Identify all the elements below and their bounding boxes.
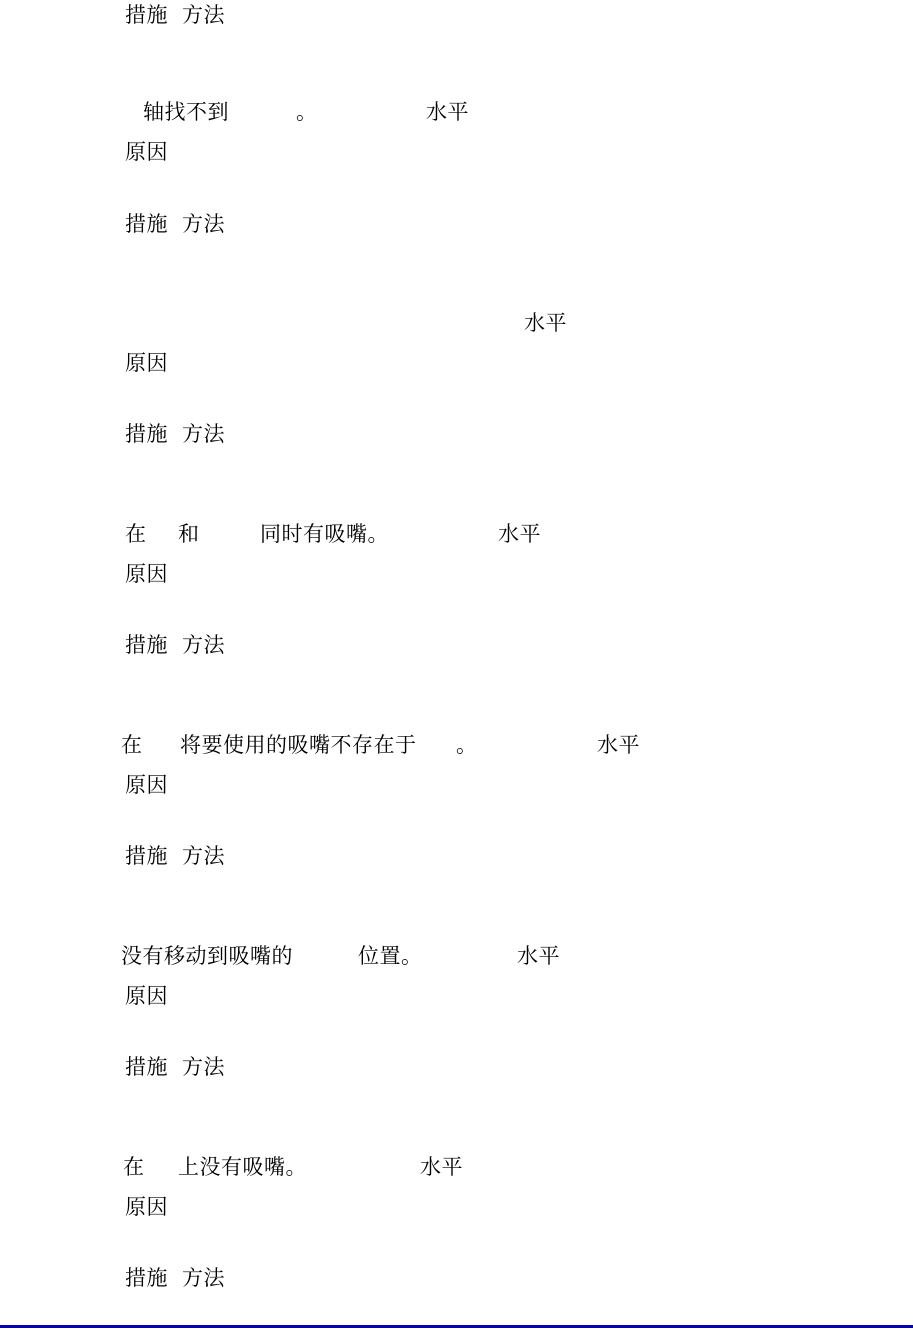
cause-label: 原因 [125,1195,168,1219]
error-text: 在 [125,522,147,546]
document-page: 措施方法轴找不到。水平原因措施方法水平原因措施方法在和同时有吸嘴。水平原因措施方… [0,0,913,1333]
measures-label: 措施 [125,1266,168,1290]
cause-label: 原因 [125,351,168,375]
horizontal-level-label: 水平 [426,100,469,124]
error-text: 在 [123,1155,145,1179]
method-label: 方法 [182,633,225,657]
error-line: 在和同时有吸嘴。水平 [0,522,913,550]
remedy-line: 措施方法 [0,633,913,661]
measures-label: 措施 [125,633,168,657]
horizontal-level-label: 水平 [420,1155,463,1179]
horizontal-level-label: 水平 [498,522,541,546]
footer-rule [0,1325,913,1328]
error-text: 和 [178,522,200,546]
method-label: 方法 [182,3,225,27]
measures-label: 措施 [125,422,168,446]
measures-label: 措施 [125,1055,168,1079]
method-label: 方法 [182,844,225,868]
error-line: 没有移动到吸嘴的位置。水平 [0,944,913,972]
error-text: 在 [121,733,143,757]
remedy-line: 措施方法 [0,844,913,872]
horizontal-level-label: 水平 [517,944,560,968]
remedy-line: 措施方法 [0,1266,913,1294]
cause-line: 原因 [0,984,913,1012]
remedy-line: 措施方法 [0,422,913,450]
measures-label: 措施 [125,3,168,27]
remedy-line: 措施方法 [0,212,913,240]
cause-line: 原因 [0,1195,913,1223]
method-label: 方法 [182,422,225,446]
remedy-line: 措施方法 [0,1055,913,1083]
cause-line: 原因 [0,562,913,590]
cause-line: 原因 [0,140,913,168]
error-text: 同时有吸嘴。 [260,522,389,546]
cause-label: 原因 [125,562,168,586]
error-line: 水平 [0,311,913,339]
method-label: 方法 [182,1055,225,1079]
error-text: 位置。 [358,944,423,968]
horizontal-level-label: 水平 [524,311,567,335]
horizontal-level-label: 水平 [597,733,640,757]
cause-label: 原因 [125,984,168,1008]
cause-label: 原因 [125,140,168,164]
error-text: 上没有吸嘴。 [178,1155,307,1179]
cause-label: 原因 [125,773,168,797]
error-period: 。 [296,100,318,124]
cause-line: 原因 [0,351,913,379]
method-label: 方法 [182,1266,225,1290]
error-line: 在上没有吸嘴。水平 [0,1155,913,1183]
error-text: 没有移动到吸嘴的 [121,944,293,968]
error-period: 。 [456,733,478,757]
remedy-line: 措施方法 [0,3,913,31]
error-text: 轴找不到 [143,100,229,124]
measures-label: 措施 [125,212,168,236]
error-text: 将要使用的吸嘴不存在于 [180,733,417,757]
cause-line: 原因 [0,773,913,801]
measures-label: 措施 [125,844,168,868]
error-line: 轴找不到。水平 [0,100,913,128]
method-label: 方法 [182,212,225,236]
error-line: 在将要使用的吸嘴不存在于。水平 [0,733,913,761]
